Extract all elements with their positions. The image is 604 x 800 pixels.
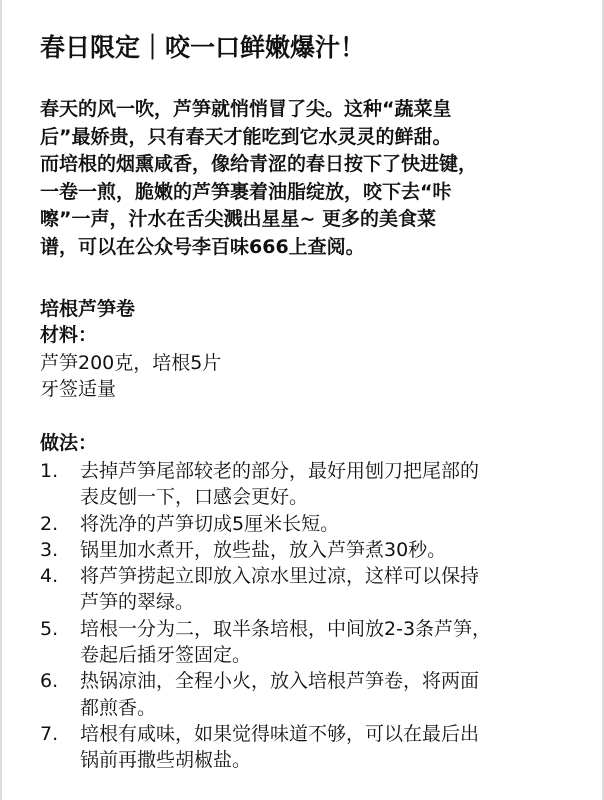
step-line: 将芦笋捞起立即放入凉水里过凉，这样可以保持 [80, 563, 560, 589]
intro-line: 谱，可以在公众号李百味666上查阅。 [40, 234, 580, 262]
article-title: 春日限定｜咬一口鲜嫩爆汁！ [40, 32, 365, 64]
steps-list: 1. 去掉芦笋尾部较老的部分，最好用刨刀把尾部的 表皮刨一下，口感会更好。 2.… [40, 458, 580, 774]
ingredient-item: 芦笋200克，培根5片 [40, 350, 221, 376]
step-text: 去掉芦笋尾部较老的部分，最好用刨刀把尾部的 表皮刨一下，口感会更好。 [80, 458, 560, 511]
intro-line: 嚓”一声，汁水在舌尖溅出星星~ 更多的美食菜 [40, 206, 580, 234]
intro-paragraph: 春天的风一吹，芦笋就悄悄冒了尖。这种“蔬菜皇 后”最娇贵，只有春天才能吃到它水灵… [40, 96, 580, 261]
step-line: 热锅凉油，全程小火，放入培根芦笋卷，将两面 [80, 668, 560, 694]
step-line: 培根有咸味，如果觉得味道不够，可以在最后出 [80, 721, 560, 747]
step-line: 卷起后插牙签固定。 [80, 642, 560, 668]
step-item: 7. 培根有咸味，如果觉得味道不够，可以在最后出 锅前再撒些胡椒盐。 [40, 721, 580, 774]
step-number: 4. [40, 563, 80, 616]
step-item: 2. 将洗净的芦笋切成5厘米长短。 [40, 511, 580, 537]
step-line: 锅前再撒些胡椒盐。 [80, 747, 560, 773]
step-text: 将芦笋捞起立即放入凉水里过凉，这样可以保持 芦笋的翠绿。 [80, 563, 560, 616]
ingredient-item: 牙签适量 [40, 376, 221, 402]
step-line: 将洗净的芦笋切成5厘米长短。 [80, 511, 560, 537]
step-line: 都煎香。 [80, 695, 560, 721]
step-item: 6. 热锅凉油，全程小火，放入培根芦笋卷，将两面 都煎香。 [40, 668, 580, 721]
intro-line: 而培根的烟熏咸香，像给青涩的春日按下了快进键， [40, 151, 580, 179]
recipe-name: 培根芦笋卷 [40, 296, 135, 322]
step-text: 锅里加水煮开，放些盐，放入芦笋煮30秒。 [80, 537, 560, 563]
intro-line: 一卷一煎，脆嫩的芦笋裹着油脂绽放，咬下去“咔 [40, 179, 580, 207]
step-line: 去掉芦笋尾部较老的部分，最好用刨刀把尾部的 [80, 458, 560, 484]
method-label: 做法： [40, 430, 97, 456]
step-number: 1. [40, 458, 80, 511]
step-text: 培根有咸味，如果觉得味道不够，可以在最后出 锅前再撒些胡椒盐。 [80, 721, 560, 774]
step-item: 5. 培根一分为二，取半条培根，中间放2-3条芦笋， 卷起后插牙签固定。 [40, 616, 580, 669]
step-line: 表皮刨一下，口感会更好。 [80, 484, 560, 510]
step-item: 4. 将芦笋捞起立即放入凉水里过凉，这样可以保持 芦笋的翠绿。 [40, 563, 580, 616]
step-number: 2. [40, 511, 80, 537]
step-text: 热锅凉油，全程小火，放入培根芦笋卷，将两面 都煎香。 [80, 668, 560, 721]
step-item: 3. 锅里加水煮开，放些盐，放入芦笋煮30秒。 [40, 537, 580, 563]
step-text: 培根一分为二，取半条培根，中间放2-3条芦笋， 卷起后插牙签固定。 [80, 616, 560, 669]
step-number: 5. [40, 616, 80, 669]
ingredients-label: 材料： [40, 322, 97, 348]
step-number: 6. [40, 668, 80, 721]
ingredients-list: 芦笋200克，培根5片 牙签适量 [40, 350, 221, 402]
step-line: 培根一分为二，取半条培根，中间放2-3条芦笋， [80, 616, 560, 642]
step-line: 芦笋的翠绿。 [80, 589, 560, 615]
step-number: 7. [40, 721, 80, 774]
step-text: 将洗净的芦笋切成5厘米长短。 [80, 511, 560, 537]
step-item: 1. 去掉芦笋尾部较老的部分，最好用刨刀把尾部的 表皮刨一下，口感会更好。 [40, 458, 580, 511]
step-number: 3. [40, 537, 80, 563]
step-line: 锅里加水煮开，放些盐，放入芦笋煮30秒。 [80, 537, 560, 563]
intro-line: 后”最娇贵，只有春天才能吃到它水灵灵的鲜甜。 [40, 124, 580, 152]
intro-line: 春天的风一吹，芦笋就悄悄冒了尖。这种“蔬菜皇 [40, 96, 580, 124]
